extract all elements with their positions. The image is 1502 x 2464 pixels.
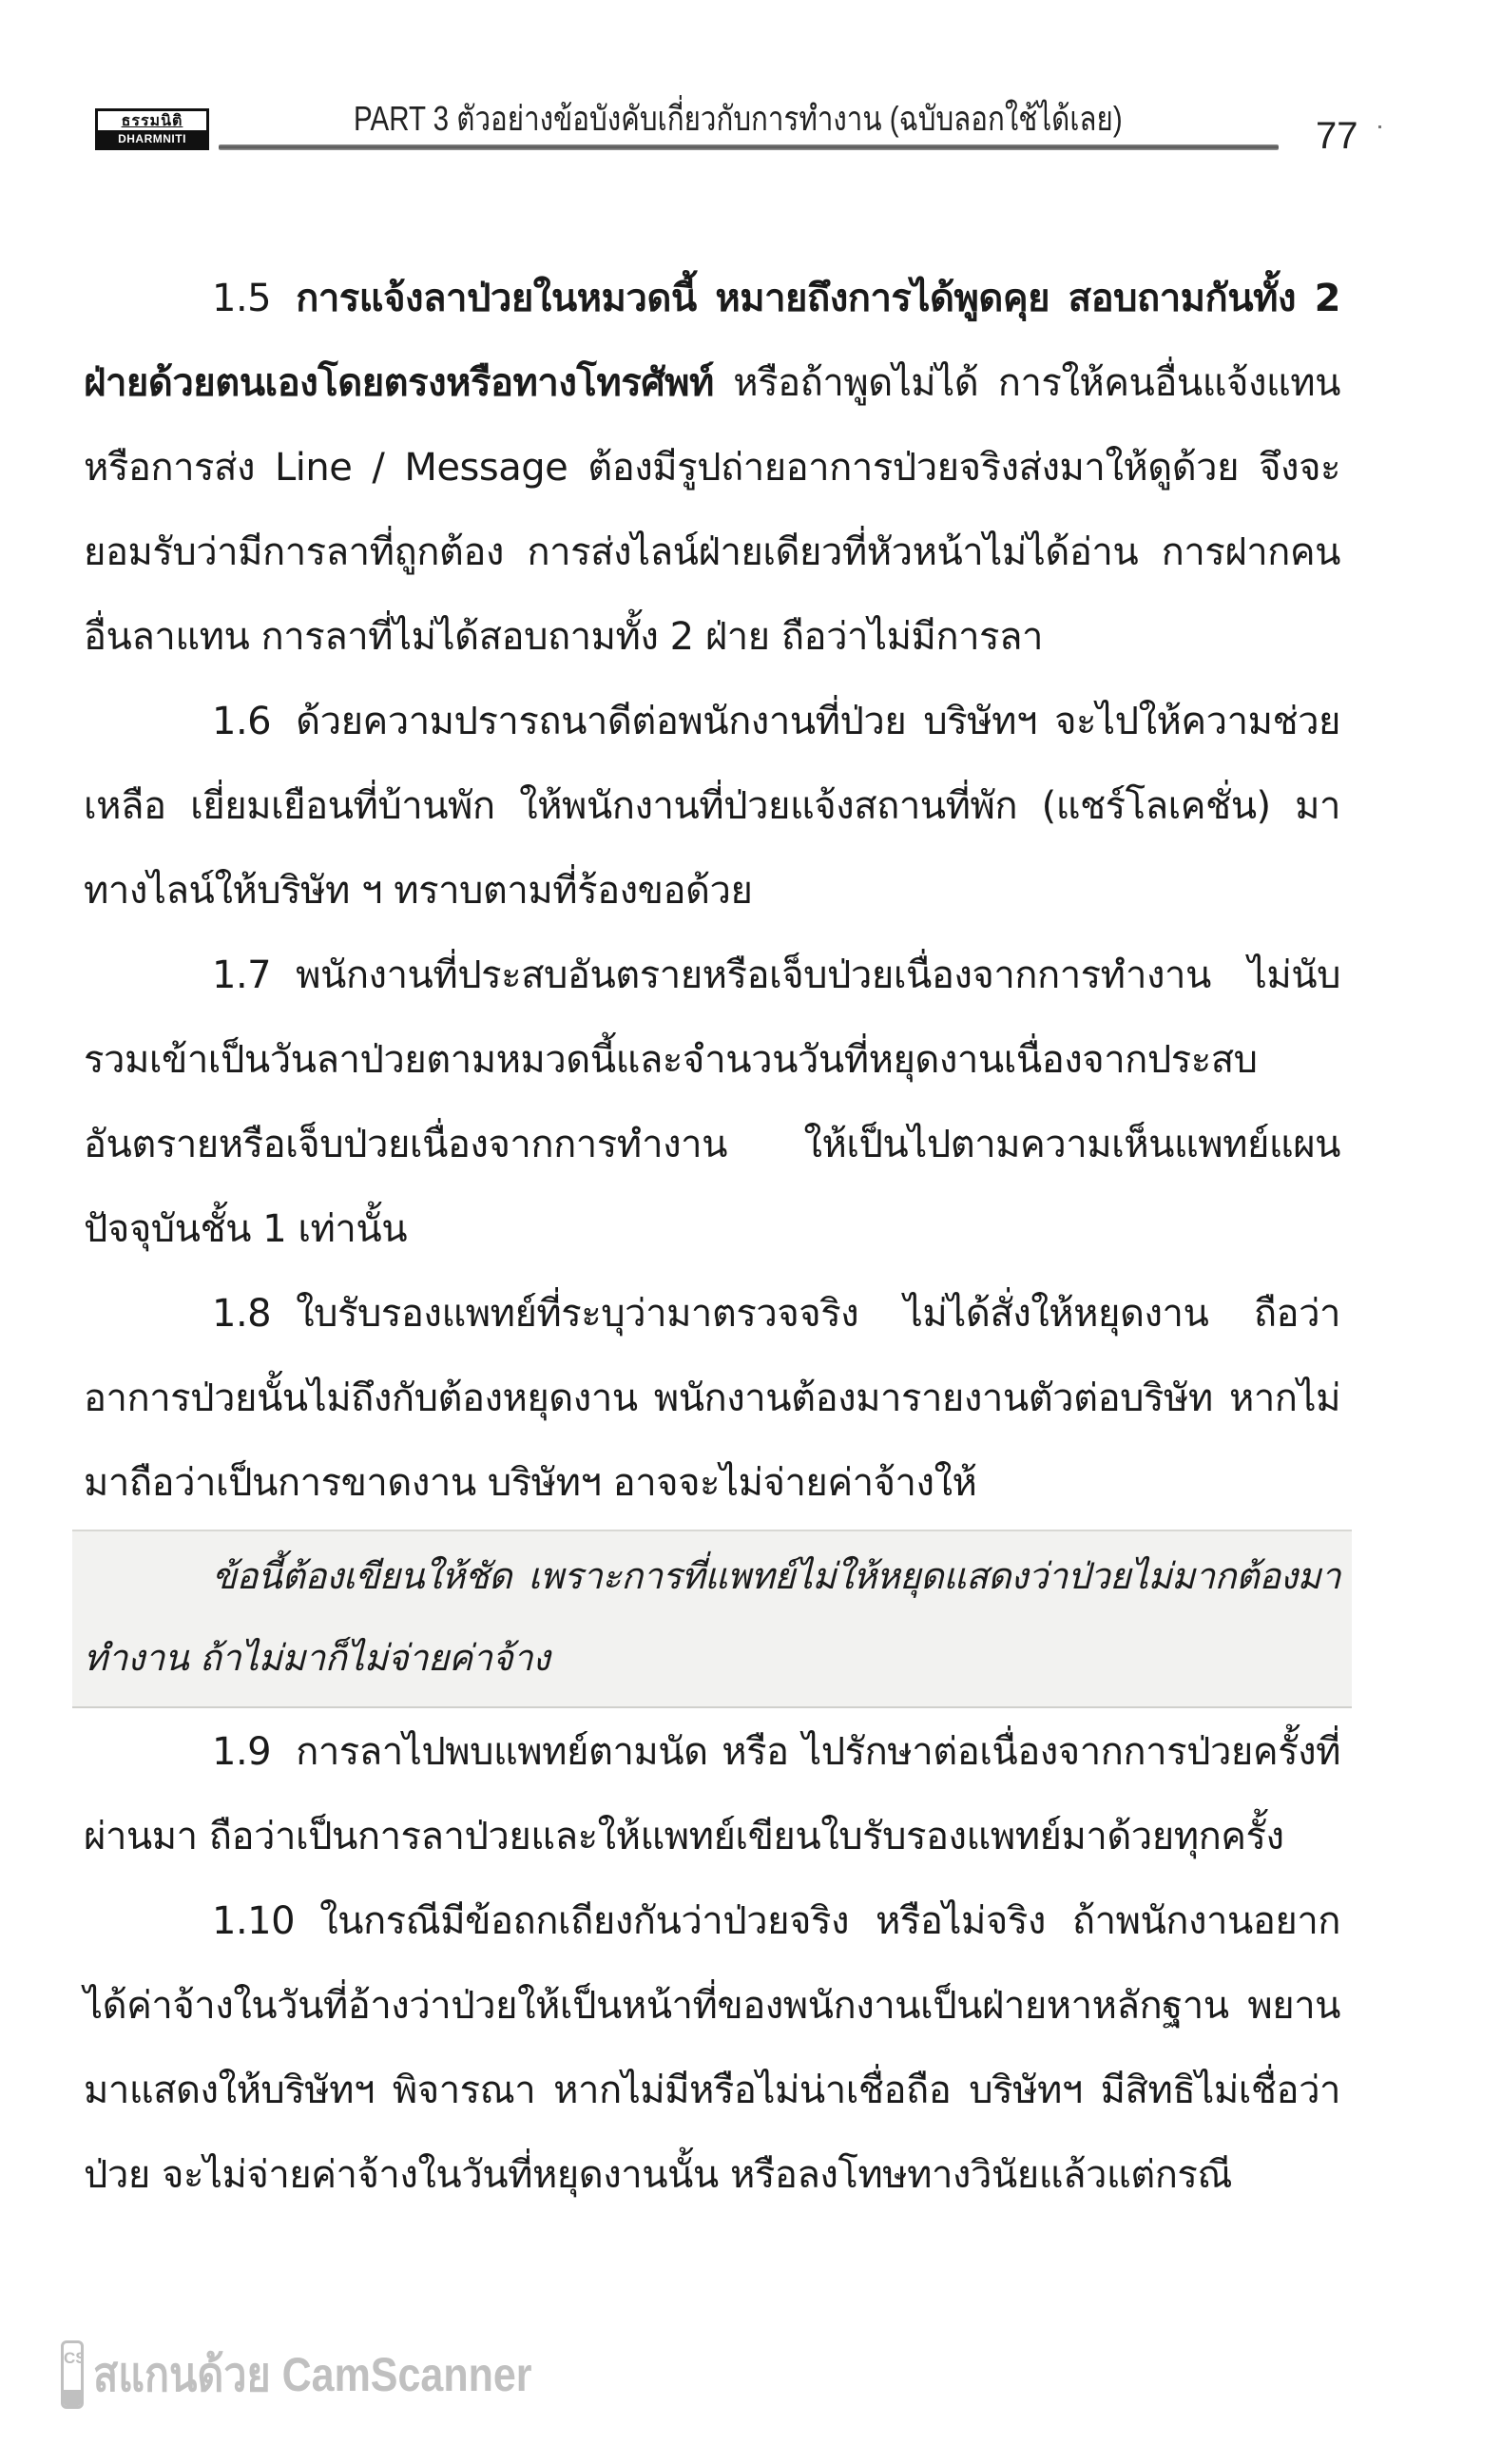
section-number: 1.6: [212, 700, 271, 743]
running-title: PART 3 ตัวอย่างข้อบังคับเกี่ยวกับการทำงา…: [354, 95, 1123, 143]
section-number: 1.8: [212, 1292, 271, 1336]
scan-speck: [1378, 125, 1381, 128]
section-1-5: 1.5การแจ้งลาป่วยในหมวดนี้ หมายถึงการได้พ…: [84, 257, 1340, 680]
camscanner-watermark-text: สแกนด้วย CamScanner: [93, 2340, 531, 2409]
camscanner-logo-bar: [64, 2390, 81, 2406]
editor-note: ข้อนี้ต้องเขียนให้ชัด เพราะการที่แพทย์ไม…: [84, 1535, 1340, 1699]
section-1-7: 1.7พนักงานที่ประสบอันตรายหรือเจ็บป่วยเนื…: [84, 934, 1340, 1272]
page-content: 1.5การแจ้งลาป่วยในหมวดนี้ หมายถึงการได้พ…: [84, 257, 1340, 2218]
section-1-6: 1.6ด้วยความปรารถนาดีต่อพนักงานที่ป่วย บร…: [84, 680, 1340, 934]
page-header: ธรรมนิติ DHARMNITI PART 3 ตัวอย่างข้อบัง…: [0, 0, 1502, 171]
section-1-9: 1.9การลาไปพบแพทย์ตามนัด หรือ ไปรักษาต่อเ…: [84, 1710, 1340, 1879]
section-text: หรือถ้าพูดไม่ได้ การให้คนอื่นแจ้งแทน หรื…: [84, 361, 1340, 659]
publisher-logo-thai: ธรรมนิติ: [98, 111, 206, 130]
section-1-10: 1.10ในกรณีมีข้อถกเถียงกันว่าป่วยจริง หรื…: [84, 1879, 1340, 2218]
camscanner-logo-icon: CS: [61, 2340, 84, 2409]
section-number: 1.9: [212, 1730, 271, 1774]
section-number: 1.7: [212, 953, 271, 997]
section-1-8: 1.8ใบรับรองแพทย์ที่ระบุว่ามาตรวจจริง ไม่…: [84, 1272, 1340, 1526]
header-rule: [219, 144, 1279, 150]
camscanner-logo-label: CS: [64, 2349, 81, 2368]
section-number: 1.10: [212, 1899, 295, 1943]
publisher-logo: ธรรมนิติ DHARMNITI: [95, 108, 209, 150]
section-text: ด้วยความปรารถนาดีต่อพนักงานที่ป่วย บริษั…: [84, 700, 1340, 913]
camscanner-watermark: CS สแกนด้วย CamScanner: [61, 2340, 604, 2409]
section-text: ในกรณีมีข้อถกเถียงกันว่าป่วยจริง หรือไม่…: [84, 1899, 1340, 2197]
editor-note-box: ข้อนี้ต้องเขียนให้ชัด เพราะการที่แพทย์ไม…: [72, 1530, 1352, 1708]
page-number: 77: [1316, 112, 1358, 160]
section-number: 1.5: [212, 277, 271, 320]
section-text: การลาไปพบแพทย์ตามนัด หรือ ไปรักษาต่อเนื่…: [84, 1730, 1340, 1858]
editor-note-text: ข้อนี้ต้องเขียนให้ชัด เพราะการที่แพทย์ไม…: [84, 1555, 1340, 1679]
section-text: พนักงานที่ประสบอันตรายหรือเจ็บป่วยเนื่อง…: [84, 953, 1340, 1251]
section-text: ใบรับรองแพทย์ที่ระบุว่ามาตรวจจริง ไม่ได้…: [84, 1292, 1340, 1505]
publisher-logo-english: DHARMNITI: [98, 130, 206, 147]
